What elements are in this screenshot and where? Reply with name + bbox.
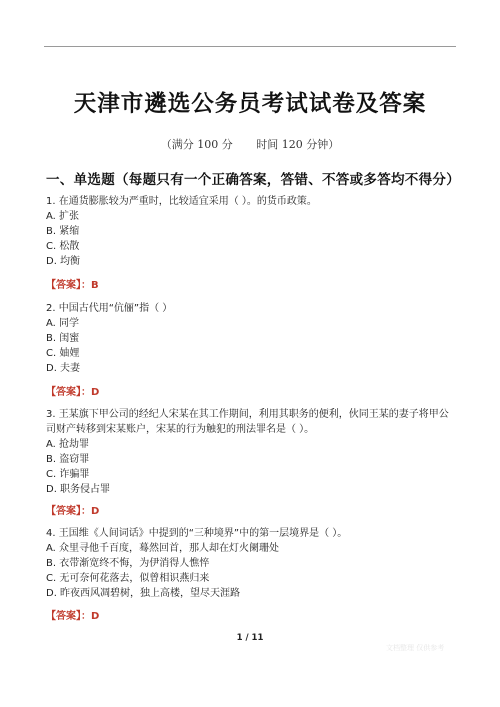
- option-b: B. 盗窃罪: [46, 452, 456, 467]
- question-2: 2. 中国古代用“伉俪”指（ ） A. 同学 B. 闺蜜 C. 妯娌 D. 夫妻: [46, 301, 456, 376]
- question-3: 3. 王某旗下甲公司的经纪人宋某在其工作期间，利用其职务的便利，伙同王某的妻子将…: [46, 407, 456, 497]
- question-stem: 4. 王国维《人间词话》中提到的“三种境界”中的第一层境界是（ ）。: [46, 526, 456, 541]
- question-stem: 2. 中国古代用“伉俪”指（ ）: [46, 301, 456, 316]
- answer-1: 【答案】：B: [46, 276, 99, 291]
- option-c: C. 诈骗罪: [46, 467, 456, 482]
- option-d: D. 昨夜西风凋碧树，独上高楼，望尽天涯路: [46, 586, 456, 601]
- question-4: 4. 王国维《人间词话》中提到的“三种境界”中的第一层境界是（ ）。 A. 众里…: [46, 526, 456, 601]
- option-b: B. 闺蜜: [46, 331, 456, 346]
- option-b: B. 紧缩: [46, 224, 456, 239]
- watermark: 文档整理 仅供参考: [386, 643, 444, 653]
- option-c: C. 松散: [46, 239, 456, 254]
- option-d: D. 夫妻: [46, 361, 456, 376]
- option-b: B. 衣带渐宽终不悔，为伊消得人憔悴: [46, 556, 456, 571]
- option-a: A. 抢劫罪: [46, 437, 456, 452]
- question-stem: 3. 王某旗下甲公司的经纪人宋某在其工作期间，利用其职务的便利，伙同王某的妻子将…: [46, 407, 456, 437]
- answer-2: 【答案】：D: [46, 383, 99, 398]
- option-a: A. 同学: [46, 316, 456, 331]
- time-limit: 时间 120 分钟）: [256, 138, 339, 151]
- question-1: 1. 在通货膨胀较为严重时，比较适宜采用（ ）。的货币政策。 A. 扩张 B. …: [46, 194, 456, 269]
- answer-3: 【答案】：D: [46, 502, 99, 517]
- section-title: 一、单选题（每题只有一个正确答案，答错、不答或多答均不得分）: [46, 168, 460, 188]
- full-score: （满分 100 分: [161, 138, 233, 151]
- page-indicator: 1 / 11: [0, 633, 500, 643]
- option-c: C. 无可奈何花落去，似曾相识燕归来: [46, 571, 456, 586]
- document-title: 天津市遴选公务员考试试卷及答案: [0, 86, 500, 118]
- option-a: A. 扩张: [46, 209, 456, 224]
- header-rule: [44, 46, 456, 47]
- option-a: A. 众里寻他千百度，蓦然回首，那人却在灯火阑珊处: [46, 541, 456, 556]
- option-d: D. 均衡: [46, 254, 456, 269]
- exam-info: （满分 100 分 时间 120 分钟）: [0, 136, 500, 152]
- question-stem: 1. 在通货膨胀较为严重时，比较适宜采用（ ）。的货币政策。: [46, 194, 456, 209]
- option-d: D. 职务侵占罪: [46, 482, 456, 497]
- answer-4: 【答案】：D: [46, 607, 99, 622]
- option-c: C. 妯娌: [46, 346, 456, 361]
